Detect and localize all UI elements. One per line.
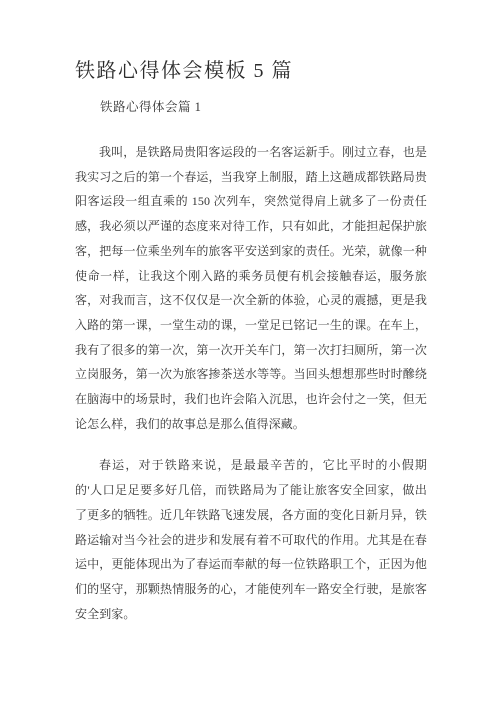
document-title: 铁路心得体会模板 5 篇 xyxy=(75,56,427,86)
section-heading: 铁路心得体会篇 1 xyxy=(75,98,427,116)
paragraph: 春运，对于铁路来说，是最最辛苦的，它比平时的小假期的'人口足足要多好几倍，而铁路… xyxy=(75,453,427,626)
document-page: 铁路心得体会模板 5 篇 铁路心得体会篇 1 我叫，是铁路局贵阳客运段的一名客运… xyxy=(0,0,500,707)
paragraph: 我叫，是铁路局贵阳客运段的一名客运新手。刚过立春，也是我实习之后的第一个春运，当… xyxy=(75,140,427,436)
